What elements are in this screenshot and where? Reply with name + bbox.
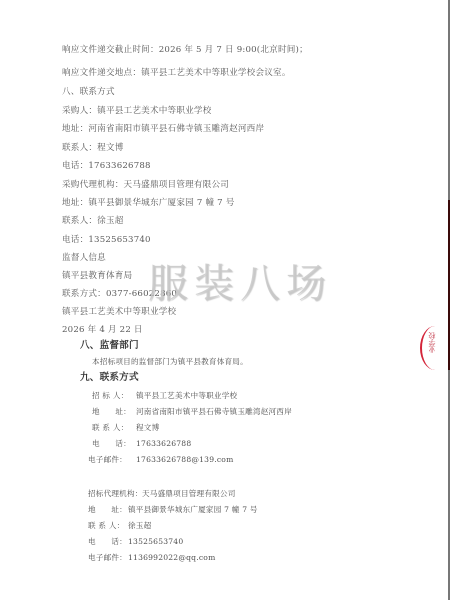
agency2-contact-row: 联 系 人：徐玉超 <box>88 520 151 531</box>
agency-contact: 联系人：徐玉超 <box>62 216 124 227</box>
stamp-text: 业学校 <box>428 332 437 353</box>
agency2-address-label: 地 址： <box>88 504 128 515</box>
agency2-address-row: 地 址：镇平县御景华城东广厦家园 7 幢 7 号 <box>88 504 258 515</box>
agency2-contact-label: 联 系 人： <box>88 520 128 531</box>
supervisor-name: 镇平县教育体育局 <box>62 271 132 282</box>
agency-address: 地址：镇平县御景华城东广厦家园 7 幢 7 号 <box>62 198 235 209</box>
agency2-phone: 13525653740 <box>128 537 183 546</box>
tenderer-name-row: 招 标 人：镇平县工艺美术中等职业学校 <box>92 390 237 401</box>
signature-line: 镇平县工艺美术中等职业学校 <box>62 307 176 318</box>
tenderer-email: 17633626788@139.com <box>136 455 233 464</box>
tenderer-address-label: 地 址： <box>92 406 136 417</box>
deadline-line: 响应文件递交截止时间：2026 年 5 月 7 日 9:00(北京时间)； <box>62 45 308 56</box>
agency2-name-row: 招标代理机构：天马盛鼎项目管理有限公司 <box>88 488 236 499</box>
agency2-address: 镇平县御景华城东广厦家园 7 幢 7 号 <box>128 505 258 514</box>
tenderer-name-label: 招 标 人： <box>92 390 136 401</box>
document-page: 响应文件递交截止时间：2026 年 5 月 7 日 9:00(北京时间)； 响应… <box>0 0 450 600</box>
agency2-email: 1136992022@qq.com <box>128 553 215 562</box>
tenderer-phone-label: 电 话： <box>92 438 136 449</box>
tenderer-phone-row: 电 话：17633626788 <box>92 438 191 449</box>
date-line: 2026 年 4 月 22 日 <box>62 325 143 336</box>
watermark-text: 服装八场 <box>148 260 332 308</box>
purchaser-name: 采购人：镇平县工艺美术中等职业学校 <box>62 106 212 117</box>
supervision-text: 本招标项目的监督部门为镇平县教育体育局。 <box>92 356 248 367</box>
purchaser-phone: 电话：17633626788 <box>62 161 151 172</box>
contact-heading: 八、联系方式 <box>62 87 115 98</box>
purchaser-address: 地址：河南省南阳市镇平县石佛寺镇玉雕湾赵河西岸 <box>62 124 264 135</box>
tenderer-contact: 程文博 <box>136 423 159 432</box>
contact-info-heading: 九、联系方式 <box>80 372 139 383</box>
agency2-name-label: 招标代理机构： <box>88 488 142 499</box>
location-line: 响应文件递交地点：镇平县工艺美术中等职业学校会议室。 <box>62 68 291 79</box>
agency-phone: 电话：13525653740 <box>62 235 151 246</box>
tenderer-contact-label: 联 系 人： <box>92 422 136 433</box>
agency2-contact: 徐玉超 <box>128 521 151 530</box>
agency2-name: 天马盛鼎项目管理有限公司 <box>142 489 236 498</box>
tenderer-name: 镇平县工艺美术中等职业学校 <box>136 391 237 400</box>
purchaser-contact: 联系人：程文博 <box>62 143 124 154</box>
agency2-email-label: 电子邮件： <box>88 552 128 563</box>
tenderer-address: 河南省南阳市镇平县石佛寺镇玉雕湾赵河西岸 <box>136 407 292 416</box>
tenderer-address-row: 地 址：河南省南阳市镇平县石佛寺镇玉雕湾赵河西岸 <box>92 406 292 417</box>
tenderer-contact-row: 联 系 人：程文博 <box>92 422 159 433</box>
supervision-heading: 八、监督部门 <box>80 340 139 351</box>
agency2-phone-row: 电 话：13525653740 <box>88 536 183 547</box>
supervisor-title: 监督人信息 <box>62 253 106 264</box>
tenderer-phone: 17633626788 <box>136 439 191 448</box>
agency-name: 采购代理机构：天马盛鼎项目管理有限公司 <box>62 180 229 191</box>
agency2-email-row: 电子邮件：1136992022@qq.com <box>88 552 215 563</box>
agency2-phone-label: 电 话： <box>88 536 128 547</box>
supervisor-contact: 联系方式：0377-66022860 <box>62 289 177 300</box>
tenderer-email-label: 电子邮件： <box>88 454 136 465</box>
tenderer-email-row: 电子邮件：17633626788@139.com <box>88 454 233 465</box>
